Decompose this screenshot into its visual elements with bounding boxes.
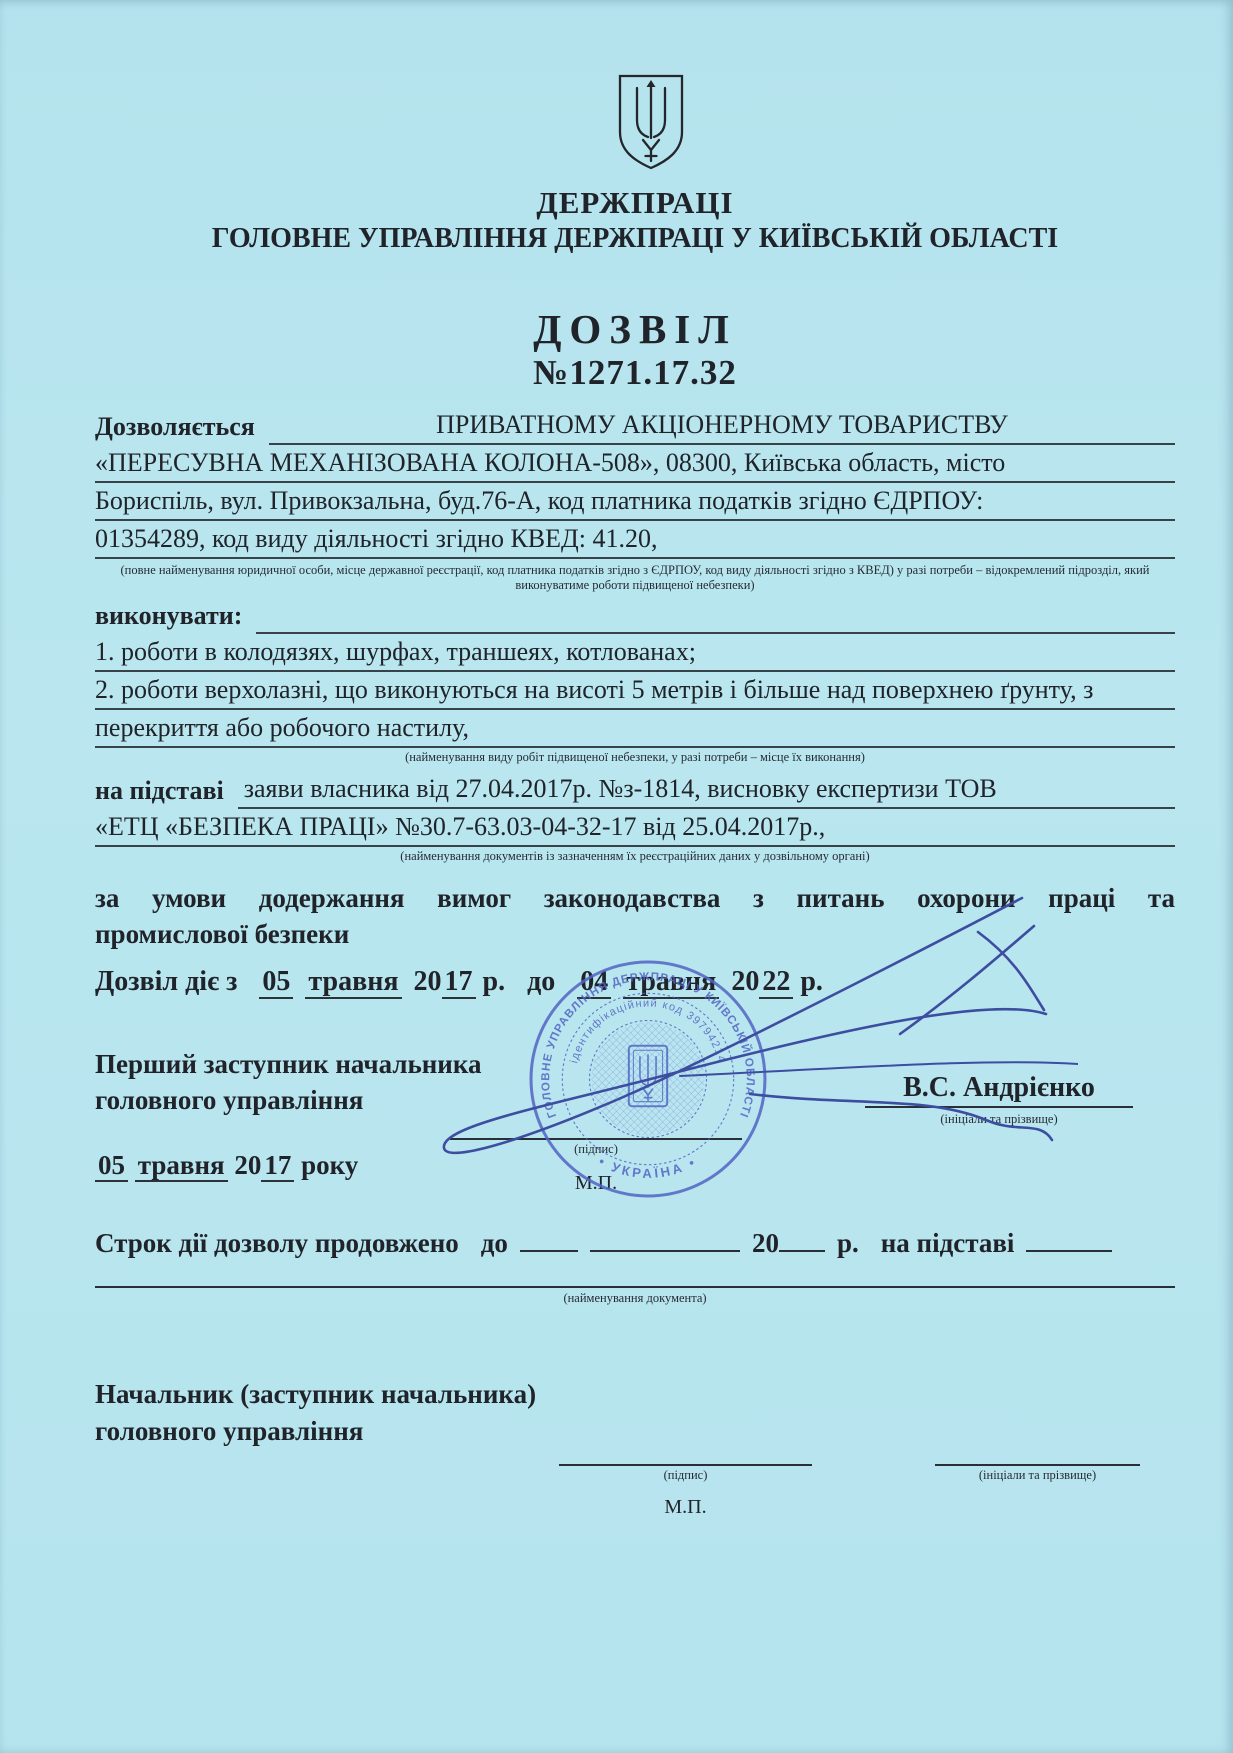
footer-signature-caption: (підпис) (559, 1468, 812, 1483)
signing-date-century: 20 (234, 1150, 261, 1180)
office-name: ГОЛОВНЕ УПРАВЛІННЯ ДЕРЖПРАЦІ У КИЇВСЬКІЙ… (95, 223, 1175, 255)
permit-label: Дозволяється (95, 409, 269, 445)
validity-from-year: 17 (442, 966, 476, 999)
footer-seal-place-mark: М.П. (559, 1496, 812, 1519)
validity-to-month: травня (623, 966, 719, 999)
basis-label-row: на підставі заяви власника від 27.04.201… (95, 771, 1175, 809)
validity-to-word: до (527, 966, 555, 997)
footer-name-line (935, 1464, 1140, 1466)
extension-r: р. (837, 1228, 859, 1258)
signature-line (450, 1138, 742, 1140)
extension-rule-line (95, 1286, 1175, 1288)
agency-name: ДЕРЖПРАЦІ (95, 185, 1175, 221)
permit-caption-line-2: виконуватиме роботи підвищеної небезпеки… (95, 578, 1175, 593)
footer-name-caption: (ініціали та прізвище) (935, 1468, 1140, 1483)
permit-label-row: Дозволяється ПРИВАТНОМУ АКЦІОНЕРНОМУ ТОВ… (95, 407, 1175, 445)
footer-position-line-1: Начальник (заступник начальника) (95, 1376, 1175, 1413)
signature-caption: (підпис) (450, 1142, 742, 1157)
extension-day-blank (520, 1222, 578, 1252)
signing-block: Перший заступник начальника головного уп… (95, 1046, 1175, 1218)
extension-century: 20 (752, 1228, 779, 1258)
permit-filled-line-2: «ПЕРЕСУВНА МЕХАНІЗОВАНА КОЛОНА-508», 083… (95, 445, 1175, 483)
doc-type-title: ДОЗВІЛ (95, 305, 1175, 353)
permit-filled-line-1: ПРИВАТНОМУ АКЦІОНЕРНОМУ ТОВАРИСТВУ (269, 407, 1175, 445)
conditions-line-2: промислової безпеки (95, 916, 1175, 952)
extension-basis-blank (1026, 1222, 1112, 1252)
extension-prefix: Строк дії дозволу продовжено (95, 1228, 459, 1258)
signing-date-month: травня (135, 1150, 228, 1182)
signer-name: В.С. Андрієнко (865, 1072, 1133, 1108)
validity-r-2: р. (800, 966, 823, 997)
basis-label: на підставі (95, 773, 238, 809)
validity-to-year: 22 (759, 966, 793, 999)
validity-to-day: 04 (577, 966, 611, 999)
extension-caption: (найменування документа) (95, 1291, 1175, 1306)
work-item-3: перекриття або робочого настилу, (95, 710, 1175, 748)
validity-from-day: 05 (259, 966, 293, 999)
extension-basis-word: на підставі (881, 1228, 1015, 1258)
works-caption: (найменування виду робіт підвищеної небе… (95, 750, 1175, 765)
footer-position-line-2: головного управління (95, 1413, 1175, 1450)
works-label-row: виконувати: (95, 597, 1175, 634)
basis-section: на підставі заяви власника від 27.04.201… (95, 771, 1175, 864)
basis-filled-line-1: заяви власника від 27.04.2017р. №з-1814,… (238, 771, 1175, 809)
signer-name-caption: (ініціали та прізвище) (865, 1112, 1133, 1127)
validity-line: Дозвіл діє з05травня2017 р.до04травня202… (95, 962, 1175, 1002)
extension-to-word: до (481, 1228, 508, 1258)
conditions-text: за умови додержання вимог законодавства … (95, 880, 1175, 952)
validity-century-2: 20 (731, 966, 759, 997)
permit-filled-line-3: Бориспіль, вул. Привокзальна, буд.76-А, … (95, 483, 1175, 521)
ukraine-trident-emblem-icon (615, 72, 687, 172)
extension-month-blank (590, 1222, 740, 1252)
permit-caption-line-1: (повне найменування юридичної особи, міс… (95, 563, 1175, 578)
work-item-2: 2. роботи верхолазні, що виконуються на … (95, 672, 1175, 710)
validity-century-1: 20 (414, 966, 442, 997)
signing-date: 05 травня 2017 року (95, 1150, 358, 1181)
extension-line: Строк дії дозволу продовженодо20р.на під… (95, 1222, 1175, 1264)
emblem-area (95, 0, 1175, 177)
footer-signing-block: Начальник (заступник начальника) головно… (95, 1376, 1175, 1536)
signing-date-day: 05 (95, 1150, 128, 1182)
permit-section: Дозволяється ПРИВАТНОМУ АКЦІОНЕРНОМУ ТОВ… (95, 407, 1175, 593)
work-item-1: 1. роботи в колодязях, шурфах, траншеях,… (95, 634, 1175, 672)
signing-date-suffix: року (301, 1150, 358, 1180)
works-section: виконувати: 1. роботи в колодязях, шурфа… (95, 597, 1175, 765)
extension-year-blank (779, 1222, 825, 1252)
basis-caption: (найменування документів із зазначенням … (95, 849, 1175, 864)
seal-place-mark: М.П. (450, 1172, 742, 1195)
conditions-line-1: за умови додержання вимог законодавства … (95, 880, 1175, 916)
document-page: ДЕРЖПРАЦІ ГОЛОВНЕ УПРАВЛІННЯ ДЕРЖПРАЦІ У… (0, 0, 1233, 1753)
doc-number: №1271.17.32 (95, 353, 1175, 393)
validity-prefix: Дозвіл діє з (95, 966, 237, 997)
validity-r-1: р. (483, 966, 506, 997)
basis-filled-line-2: «ЕТЦ «БЕЗПЕКА ПРАЦІ» №30.7-63.03-04-32-1… (95, 809, 1175, 847)
permit-filled-line-4: 01354289, код виду діяльності згідно КВЕ… (95, 521, 1175, 559)
validity-from-month: травня (305, 966, 401, 999)
footer-signature-line (559, 1464, 812, 1466)
signing-date-year: 17 (261, 1150, 294, 1182)
works-label: виконувати: (95, 598, 256, 634)
